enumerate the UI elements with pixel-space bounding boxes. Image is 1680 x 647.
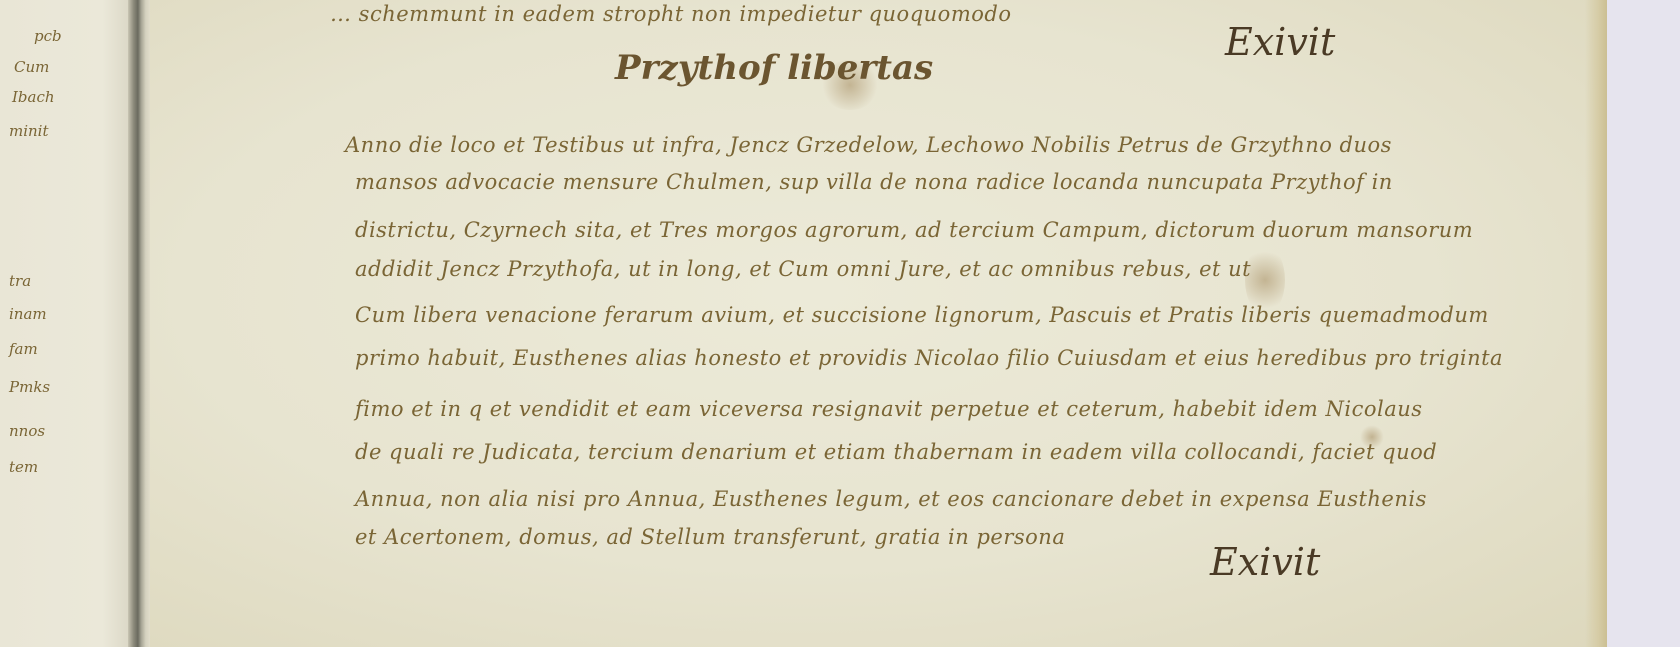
page-edge — [1585, 0, 1607, 647]
exivit-mark-bottom: Exivit — [1210, 540, 1320, 584]
book-gutter — [128, 0, 150, 647]
entry-line: et Acertonem, domus, ad Stellum transfer… — [355, 525, 1065, 549]
margin-note: fam — [9, 340, 38, 358]
entry-line: fimo et in q et vendidit et eam vicevers… — [355, 397, 1423, 421]
entry-heading: Przythof libertas — [615, 48, 933, 88]
entry-line: Cum libera venacione ferarum avium, et s… — [355, 303, 1489, 327]
entry-line: de quali re Judicata, tercium denarium e… — [355, 440, 1437, 464]
entry-line: districtu, Czyrnech sita, et Tres morgos… — [355, 218, 1473, 242]
entry-line: primo habuit, Eusthenes alias honesto et… — [355, 346, 1503, 370]
margin-note: Pmks — [9, 378, 50, 396]
margin-note: Ibach — [12, 88, 55, 106]
exivit-mark-top: Exivit — [1225, 20, 1335, 64]
margin-note: pcb — [34, 27, 62, 45]
margin-note: inam — [9, 305, 47, 323]
left-page: pcb Cum Ibach minit tra inam fam Pmks nn… — [0, 0, 128, 647]
entry-line: addidit Jencz Przythofa, ut in long, et … — [355, 257, 1251, 281]
margin-note: tra — [9, 272, 31, 290]
entry-line: Anno die loco et Testibus ut infra, Jenc… — [345, 133, 1392, 157]
margin-note: nnos — [9, 422, 45, 440]
margin-note: tem — [9, 458, 38, 476]
entry-line: Annua, non alia nisi pro Annua, Eusthene… — [355, 487, 1427, 511]
margin-note: Cum — [14, 58, 49, 76]
entry-line: mansos advocacie mensure Chulmen, sup vi… — [355, 170, 1393, 194]
top-fragment-line: … schemmunt in eadem stropht non impedie… — [330, 2, 1011, 26]
margin-note: minit — [9, 122, 49, 140]
